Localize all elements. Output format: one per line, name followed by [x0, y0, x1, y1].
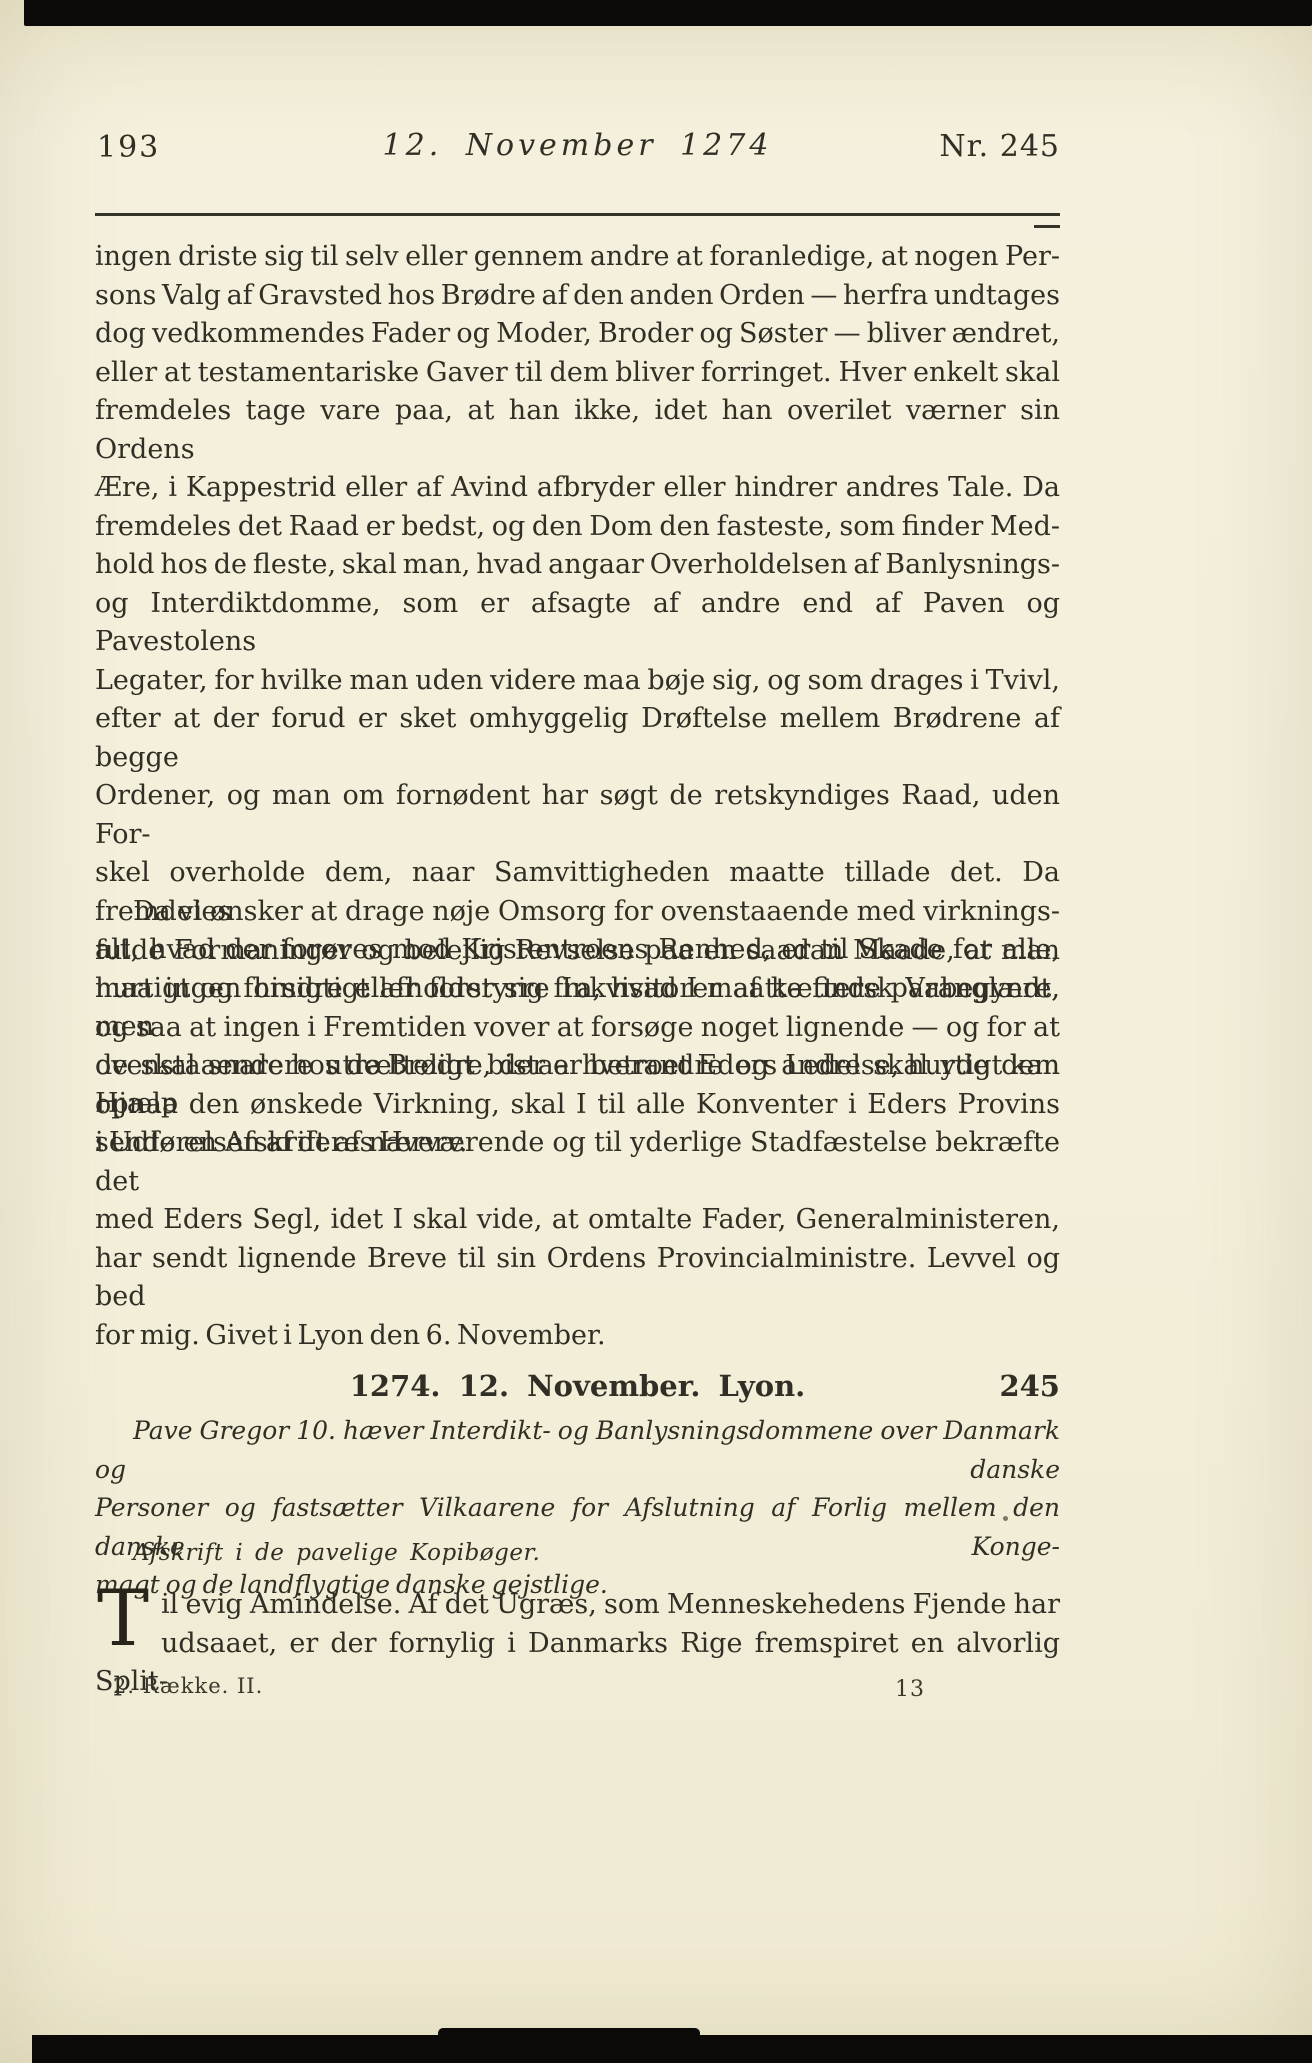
text-line: sons Valg af Gravsted hos Brødre af den …: [95, 277, 1060, 316]
stray-ink-dot: [1003, 1516, 1008, 1521]
text-line: med Eders Segl, idet I skal vide, at omt…: [95, 1201, 1060, 1240]
text-line: Legater, for hvilke man uden videre maa …: [95, 662, 1060, 701]
text-line: for mig. Givet i Lyon den 6. November.: [95, 1317, 1060, 1356]
text-line: ovenstaaende hos de Brødre, der er betro…: [95, 1047, 1060, 1086]
drop-cap-initial: T: [95, 1586, 161, 1654]
entry-number: 245: [999, 1369, 1060, 1403]
document-number: Nr. 245: [939, 129, 1060, 164]
text-line: ingen driste sig til selv eller gennem a…: [95, 238, 1060, 277]
text-line: fulde Formaninger og belejlig Revselse p…: [95, 932, 1060, 971]
text-line: eller at testamentariske Gaver til dem b…: [95, 354, 1060, 393]
text-line: hurtigt og forsigtigt afholder sig fra, …: [95, 970, 1060, 1009]
entry-heading: 1274. 12. November. Lyon.: [95, 1369, 1060, 1403]
text-line: og Interdiktdomme, som er afsagte af and…: [95, 585, 1060, 662]
scan-top-edge: [24, 0, 1312, 26]
text-line: sende en Afskrift af nærværende og til y…: [95, 1124, 1060, 1201]
entry-heading-row: 1274. 12. November. Lyon. 245: [95, 1369, 1060, 1403]
header-rule: [95, 213, 1060, 216]
text-line: fremdeles det Raad er bedst, og den Dom …: [95, 508, 1060, 547]
scanned-book-page: 193 12. November 1274 Nr. 245 ingen dris…: [0, 0, 1312, 2063]
footer-series-label: 2. Række. II.: [113, 1674, 263, 1698]
text-line: efter at der forud er sket omhyggelig Dr…: [95, 700, 1060, 777]
text-line: Da vi ønsker at drage nøje Omsorg for ov…: [95, 893, 1060, 932]
footer-sheet-number: 13: [895, 1677, 925, 1702]
source-note: Afskrift i de pavelige Kopibøger.: [95, 1540, 1060, 1566]
paragraph: Da vi ønsker at drage nøje Omsorg for ov…: [95, 893, 1060, 1355]
text-line: Ordener, og man om fornødent har søgt de…: [95, 777, 1060, 854]
text-line: og saa at ingen i Fremtiden vover at for…: [95, 1009, 1060, 1048]
text-line: dog vedkommendes Fader og Moder, Broder …: [95, 315, 1060, 354]
text-line: opnaa den ønskede Virkning, skal I til a…: [95, 1086, 1060, 1125]
text-line: fremdeles tage vare paa, at han ikke, id…: [95, 392, 1060, 469]
scan-bottom-edge: [32, 2035, 1312, 2063]
regest-line: Pave Gregor 10. hæver Interdikt- og Banl…: [95, 1412, 1060, 1489]
text-line: har sendt lignende Breve til sin Ordens …: [95, 1240, 1060, 1317]
text-line: hold hos de fleste, skal man, hvad angaa…: [95, 546, 1060, 585]
text-line: Ære, i Kappestrid eller af Avind afbryde…: [95, 469, 1060, 508]
header-rule-dash: [1034, 225, 1060, 228]
letter-line: il evig Amindelse. Af det Ugræs, som Men…: [95, 1586, 1060, 1625]
running-head-date: 12. November 1274: [95, 128, 1060, 163]
regest-summary: Pave Gregor 10. hæver Interdikt- og Banl…: [95, 1412, 1060, 1605]
